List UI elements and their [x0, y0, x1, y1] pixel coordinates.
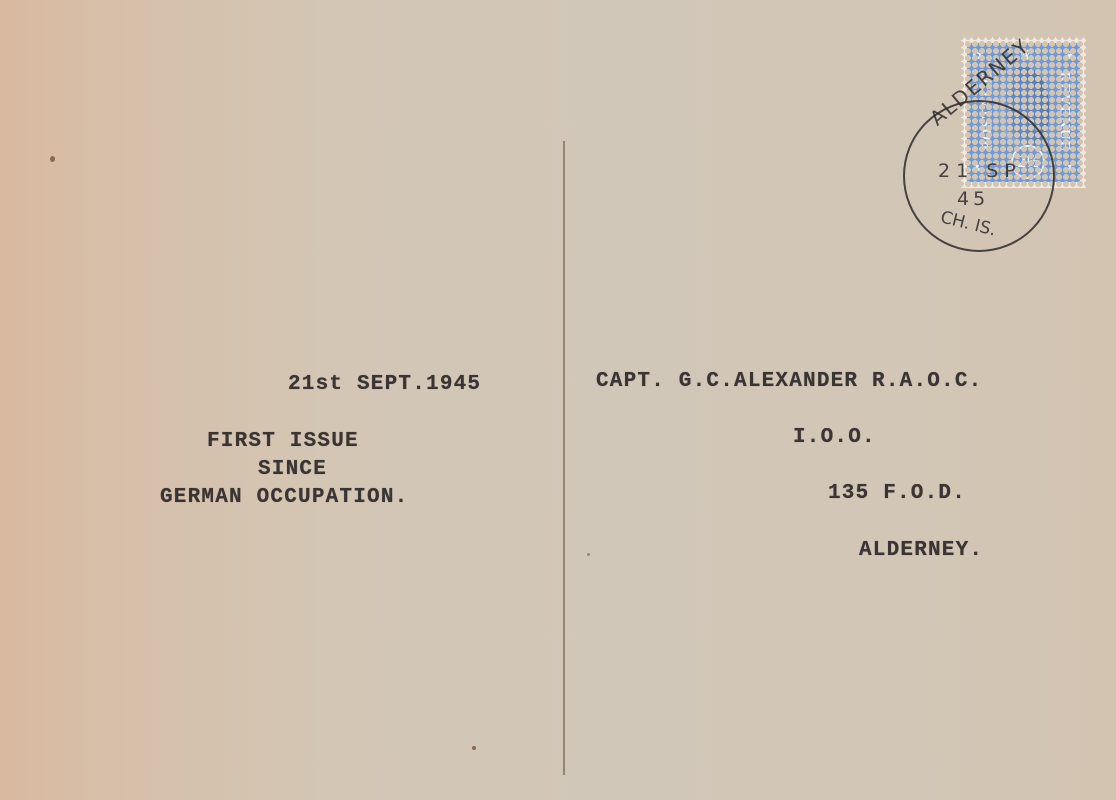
paper-speck: [50, 156, 55, 162]
address-line-1: CAPT. G.C.ALEXANDER R.A.O.C.: [596, 370, 982, 393]
address-line-3: 135 F.O.D.: [828, 482, 966, 505]
postmark-year: 45: [957, 188, 989, 210]
paper-speck: [587, 553, 590, 556]
note-line-2: SINCE: [258, 458, 327, 481]
stamp-revenue-text: REVENUE: [1055, 71, 1072, 151]
address-line-2: I.O.O.: [793, 426, 876, 449]
cover-date: 21st SEPT.1945: [288, 373, 481, 396]
thistle-icon: ❦: [1066, 47, 1074, 64]
paper-speck: [472, 746, 476, 750]
rose-icon: ✿: [973, 47, 981, 64]
address-line-4: ALDERNEY.: [859, 539, 983, 562]
postmark-date: 21 SP: [938, 160, 1022, 182]
address-divider-line: [563, 141, 565, 775]
shamrock-icon: ☘: [1066, 161, 1074, 178]
note-line-3: GERMAN OCCUPATION.: [160, 486, 408, 509]
note-line-1: FIRST ISSUE: [207, 430, 359, 453]
